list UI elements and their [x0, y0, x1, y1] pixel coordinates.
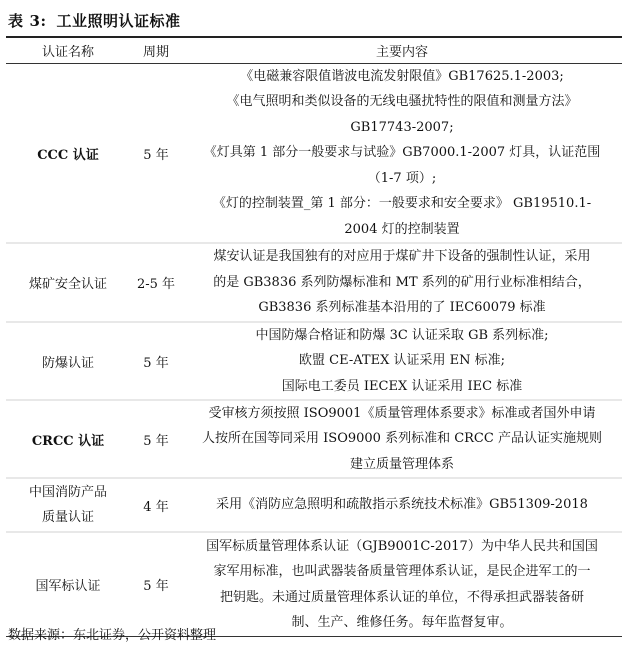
cert-name-line: 中国消防产品	[6, 480, 130, 505]
table-row-fire-protection: 中国消防产品 质量认证 4 年 采用《消防应急照明和疏散指示系统技术标准》GB5…	[6, 479, 622, 533]
content-line: （1-7 项）;	[182, 166, 622, 192]
header-period: 周期	[130, 41, 182, 60]
table-row-coal-mine: 煤矿安全认证 2-5 年 煤安认证是我国独有的对应用于煤矿井下设备的强制性认证，…	[6, 244, 622, 323]
content-line: 把钥匙。未通过质量管理体系认证的单位，不得承担武器装备研	[182, 585, 622, 611]
cert-name: 国军标认证	[6, 575, 130, 594]
header-content: 主要内容	[182, 41, 622, 60]
content-line: 2004 灯的控制装置	[182, 217, 622, 243]
table-row-ccc: CCC 认证 5 年 《电磁兼容限值谐波电流发射限值》GB17625.1-200…	[6, 64, 622, 244]
cert-period: 5 年	[130, 352, 182, 371]
content-line: 欧盟 CE-ATEX 认证采用 EN 标准;	[182, 348, 622, 374]
table-title-prefix: 表	[8, 12, 24, 30]
cert-name-line: 质量认证	[6, 505, 130, 530]
cert-content: 中国防爆合格证和防爆 3C 认证采取 GB 系列标准; 欧盟 CE-ATEX 认…	[182, 321, 622, 402]
content-line: 《灯具第 1 部分一般要求与试验》GB7000.1-2007 灯具，认证范围	[182, 140, 622, 166]
cert-content: 《电磁兼容限值谐波电流发射限值》GB17625.1-2003; 《电气照明和类似…	[182, 62, 622, 245]
cert-content: 受审核方须按照 ISO9001《质量管理体系要求》标准或者国外申请 人按所在国等…	[182, 399, 622, 480]
header-cert-name: 认证名称	[6, 41, 130, 60]
data-source-note: 数据来源：东北证券，公开资料整理	[8, 624, 216, 643]
content-line: 煤安认证是我国独有的对应用于煤矿井下设备的强制性认证，采用	[182, 244, 622, 270]
content-line: 人按所在国等同采用 ISO9000 系列标准和 CRCC 产品认证实施规则	[182, 426, 622, 452]
content-line: 建立质量管理体系	[182, 452, 622, 478]
cert-period: 5 年	[130, 430, 182, 449]
cert-period: 2-5 年	[130, 273, 182, 292]
content-line: 国际电工委员 IECEX 认证采用 IEC 标准	[182, 374, 622, 400]
table-title-text: 工业照明认证标准	[57, 12, 181, 30]
cert-content: 煤安认证是我国独有的对应用于煤矿井下设备的强制性认证，采用 的是 GB3836 …	[182, 242, 622, 323]
cert-name: 中国消防产品 质量认证	[6, 480, 130, 530]
cert-content: 国军标质量管理体系认证（GJB9001C-2017）为中华人民共和国国 家军用标…	[182, 532, 622, 638]
table-number: 3:	[30, 12, 47, 30]
table-header: 认证名称 周期 主要内容	[6, 38, 622, 64]
cert-name: 防爆认证	[6, 352, 130, 371]
table-row-military: 国军标认证 5 年 国军标质量管理体系认证（GJB9001C-2017）为中华人…	[6, 533, 622, 637]
content-line: 《灯的控制装置_第 1 部分：一般要求和安全要求》 GB19510.1-	[182, 191, 622, 217]
certification-table: 认证名称 周期 主要内容 CCC 认证 5 年 《电磁兼容限值谐波电流发射限值》…	[6, 36, 622, 637]
cert-name: CCC 认证	[6, 144, 130, 163]
content-line: 采用《消防应急照明和疏散指示系统技术标准》GB51309-2018	[182, 492, 622, 518]
content-line: 制、生产、维修任务。每年监督复审。	[182, 610, 622, 636]
cert-period: 4 年	[130, 496, 182, 515]
content-line: 家军用标准，也叫武器装备质量管理体系认证，是民企进军工的一	[182, 559, 622, 585]
content-line: 受审核方须按照 ISO9001《质量管理体系要求》标准或者国外申请	[182, 401, 622, 427]
content-line: GB17743-2007;	[182, 115, 622, 141]
content-line: 《电磁兼容限值谐波电流发射限值》GB17625.1-2003;	[182, 64, 622, 90]
content-line: GB3836 系列标准基本沿用的了 IEC60079 标准	[182, 295, 622, 321]
cert-name: 煤矿安全认证	[6, 273, 130, 292]
table-row-explosion-proof: 防爆认证 5 年 中国防爆合格证和防爆 3C 认证采取 GB 系列标准; 欧盟 …	[6, 323, 622, 401]
table-row-crcc: CRCC 认证 5 年 受审核方须按照 ISO9001《质量管理体系要求》标准或…	[6, 401, 622, 479]
content-line: 《电气照明和类似设备的无线电骚扰特性的限值和测量方法》	[182, 89, 622, 115]
cert-name: CRCC 认证	[6, 430, 130, 449]
cert-period: 5 年	[130, 144, 182, 163]
content-line: 国军标质量管理体系认证（GJB9001C-2017）为中华人民共和国国	[182, 534, 622, 560]
cert-content: 采用《消防应急照明和疏散指示系统技术标准》GB51309-2018	[182, 490, 622, 520]
table-title: 表3:工业照明认证标准	[8, 10, 181, 31]
content-line: 的是 GB3836 系列防爆标准和 MT 系列的矿用行业标准相结合，	[182, 270, 622, 296]
content-line: 中国防爆合格证和防爆 3C 认证采取 GB 系列标准;	[182, 323, 622, 349]
cert-period: 5 年	[130, 575, 182, 594]
